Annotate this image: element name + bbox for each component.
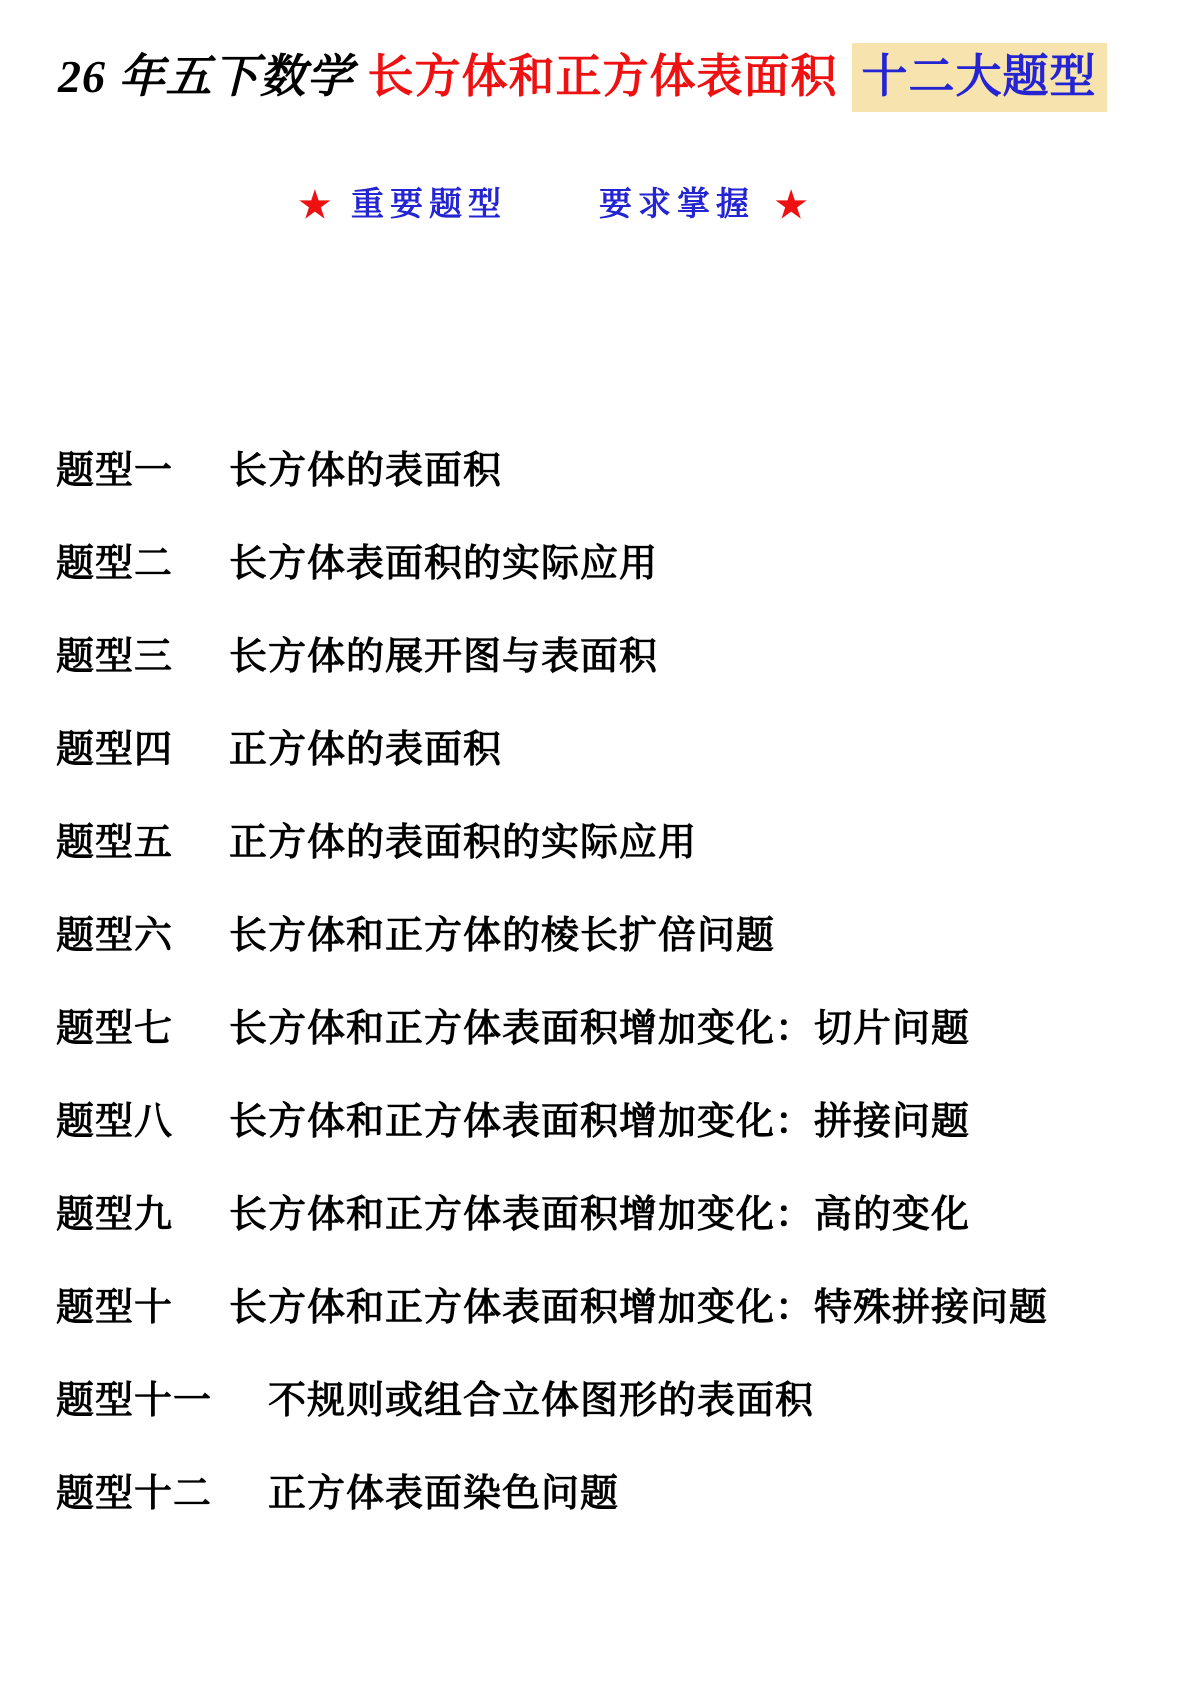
list-item: 题型五 正方体的表面积的实际应用 [56, 822, 1160, 864]
page-title: 26 年五下数学长方体和正方体表面积十二大题型 [58, 44, 1107, 110]
title-topic-label: 长方体和正方体表面积 [368, 51, 838, 102]
item-text: 不规则或组合立体图形的表面积 [268, 1380, 814, 1422]
item-label: 题型四 [56, 729, 173, 771]
item-text: 长方体和正方体表面积增加变化：拼接问题 [229, 1101, 970, 1143]
item-text: 长方体的表面积 [229, 450, 502, 492]
item-label: 题型十二 [56, 1473, 212, 1515]
item-label: 题型八 [56, 1101, 173, 1143]
item-text: 长方体的展开图与表面积 [229, 636, 658, 678]
subtitle-mastery-label: 要求掌握 [599, 187, 755, 223]
list-item: 题型二 长方体表面积的实际应用 [56, 543, 1160, 585]
list-item: 题型十一 不规则或组合立体图形的表面积 [56, 1380, 1160, 1422]
item-label: 题型十 [56, 1287, 173, 1329]
problem-type-list: 题型一 长方体的表面积 题型二 长方体表面积的实际应用 题型三 长方体的展开图与… [56, 450, 1160, 1566]
item-text: 长方体和正方体表面积增加变化：特殊拼接问题 [229, 1287, 1048, 1329]
item-text: 正方体表面染色问题 [268, 1473, 619, 1515]
title-badge-highlighted: 十二大题型 [852, 43, 1107, 112]
item-text: 长方体和正方体的棱长扩倍问题 [229, 915, 775, 957]
item-label: 题型十一 [56, 1380, 212, 1422]
item-text: 长方体表面积的实际应用 [229, 543, 658, 585]
subtitle-line: ★重要题型要求掌握★ [0, 178, 1190, 226]
item-label: 题型六 [56, 915, 173, 957]
list-item: 题型十二 正方体表面染色问题 [56, 1473, 1160, 1515]
list-item: 题型九 长方体和正方体表面积增加变化：高的变化 [56, 1194, 1160, 1236]
subtitle-content: ★重要题型要求掌握★ [299, 178, 808, 226]
list-item: 题型六 长方体和正方体的棱长扩倍问题 [56, 915, 1160, 957]
item-label: 题型一 [56, 450, 173, 492]
item-text: 长方体和正方体表面积增加变化：高的变化 [229, 1194, 970, 1236]
list-item: 题型四 正方体的表面积 [56, 729, 1160, 771]
list-item: 题型三 长方体的展开图与表面积 [56, 636, 1160, 678]
subtitle-important-label: 重要题型 [351, 187, 507, 223]
worksheet-page: 26 年五下数学长方体和正方体表面积十二大题型 ★重要题型要求掌握★ 题型一 长… [0, 0, 1190, 1683]
star-icon: ★ [299, 185, 331, 225]
item-label: 题型二 [56, 543, 173, 585]
list-item: 题型七 长方体和正方体表面积增加变化：切片问题 [56, 1008, 1160, 1050]
list-item: 题型一 长方体的表面积 [56, 450, 1160, 492]
item-label: 题型五 [56, 822, 173, 864]
item-text: 正方体的表面积 [229, 729, 502, 771]
star-icon: ★ [775, 185, 807, 225]
title-course-label: 26 年五下数学 [58, 51, 354, 102]
item-label: 题型三 [56, 636, 173, 678]
item-text: 长方体和正方体表面积增加变化：切片问题 [229, 1008, 970, 1050]
list-item: 题型八 长方体和正方体表面积增加变化：拼接问题 [56, 1101, 1160, 1143]
item-text: 正方体的表面积的实际应用 [229, 822, 697, 864]
item-label: 题型七 [56, 1008, 173, 1050]
item-label: 题型九 [56, 1194, 173, 1236]
list-item: 题型十 长方体和正方体表面积增加变化：特殊拼接问题 [56, 1287, 1160, 1329]
